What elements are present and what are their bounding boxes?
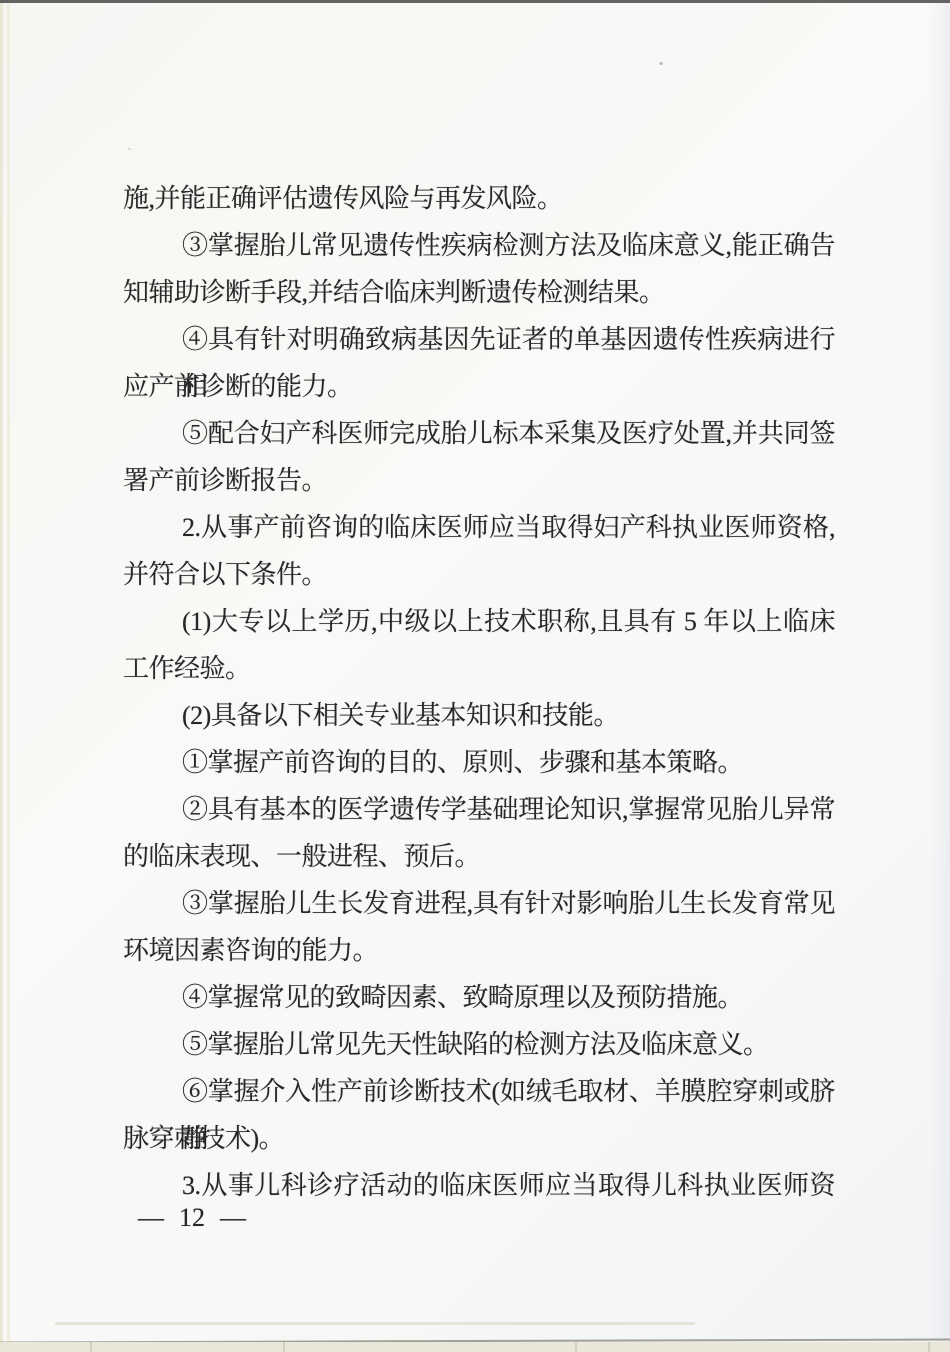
text-line: 工作经验。: [123, 645, 835, 692]
page-number-dash-left: —: [138, 1203, 164, 1233]
text-line: (1)大专以上学历,中级以上技术职称,且具有 5 年以上临床: [123, 598, 835, 645]
text-line: 署产前诊断报告。: [123, 457, 835, 504]
page-number-value: 12: [179, 1203, 205, 1233]
scan-speck: [128, 148, 131, 150]
text-line: 知辅助诊断手段,并结合临床判断遗传检测结果。: [123, 269, 835, 316]
scan-left-edge: [0, 3, 3, 1343]
text-line: ⑥掌握介入性产前诊断技术(如绒毛取材、羊膜腔穿刺或脐静: [123, 1068, 835, 1115]
text-line: 脉穿刺技术)。: [123, 1115, 835, 1162]
text-line: 应产前诊断的能力。: [123, 363, 835, 410]
text-line: ④具有针对明确致病基因先证者的单基因遗传性疾病进行相: [123, 316, 835, 363]
scan-top-edge: [0, 0, 950, 3]
scan-mark: [928, 1342, 930, 1352]
scanner-background: [0, 1342, 950, 1352]
text-line: ⑤掌握胎儿常见先天性缺陷的检测方法及临床意义。: [123, 1021, 835, 1068]
text-line: 并符合以下条件。: [123, 551, 835, 598]
text-line: ④掌握常见的致畸因素、致畸原理以及预防措施。: [123, 974, 835, 1021]
text-line: ②具有基本的医学遗传学基础理论知识,掌握常见胎儿异常: [123, 786, 835, 833]
text-line: ③掌握胎儿生长发育进程,具有针对影响胎儿生长发育常见: [123, 880, 835, 927]
page-number-dash-right: —: [220, 1203, 246, 1233]
scan-left-edge-inner: [7, 3, 10, 1343]
text-line: 的临床表现、一般进程、预后。: [123, 833, 835, 880]
text-line: 环境因素咨询的能力。: [123, 927, 835, 974]
text-line: ①掌握产前咨询的目的、原则、步骤和基本策略。: [123, 739, 835, 786]
page-number: — 12 —: [138, 1198, 246, 1238]
scan-speck: [659, 62, 663, 65]
scan-smudge: [55, 1322, 695, 1325]
text-line: 施,并能正确评估遗传风险与再发风险。: [123, 175, 835, 222]
document-body: 施,并能正确评估遗传风险与再发风险。③掌握胎儿常见遗传性疾病检测方法及临床意义,…: [123, 175, 835, 1209]
text-line: 2.从事产前咨询的临床医师应当取得妇产科执业医师资格,: [123, 504, 835, 551]
text-line: (2)具备以下相关专业基本知识和技能。: [123, 692, 835, 739]
scan-right-shadow: [928, 3, 950, 1343]
scan-mark: [575, 1342, 577, 1352]
text-line: ⑤配合妇产科医师完成胎儿标本采集及医疗处置,并共同签: [123, 410, 835, 457]
scan-mark: [90, 1342, 92, 1352]
text-line: ③掌握胎儿常见遗传性疾病检测方法及临床意义,能正确告: [123, 222, 835, 269]
scan-mark: [283, 1342, 285, 1352]
scanned-page: 施,并能正确评估遗传风险与再发风险。③掌握胎儿常见遗传性疾病检测方法及临床意义,…: [0, 0, 950, 1352]
